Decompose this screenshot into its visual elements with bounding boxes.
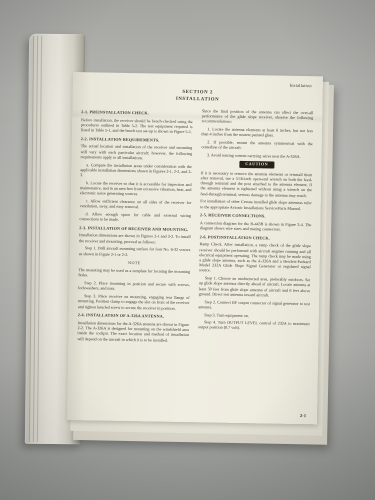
note-label: NOTE: [79, 259, 191, 266]
paragraph: c. Allow sufficient clearance on all sid…: [80, 198, 192, 210]
paragraph: If it is necessary to remove the antenna…: [200, 170, 312, 198]
paragraph: The actual location and installation of …: [80, 144, 192, 162]
photo-of-manual-page: Installation SECTION 2 INSTALLATION 2-1.…: [0, 0, 375, 500]
paragraph: Ramp Check. After installation, a ramp c…: [199, 242, 311, 275]
paragraph: Step 1. Choose an unobstructed area, pre…: [199, 275, 311, 298]
paragraph: The mounting may be used as a template f…: [78, 267, 190, 279]
paragraph: Installation dimensions are shown in Fig…: [79, 233, 191, 245]
paragraph: A connection diagram for the R-443B is s…: [200, 220, 312, 232]
section-heading: 2-1. PREINSTALLATION CHECK.: [81, 109, 193, 116]
page-edge: [37, 36, 42, 442]
paragraph: Step 1. Drill aircraft mounting surface …: [79, 245, 191, 257]
paragraph: b. Locate the receiver so that it is acc…: [80, 180, 192, 198]
page-number: 2-1: [300, 413, 306, 418]
paragraph: Step 4. Turn OUTPUT LEVEL control of 232…: [198, 320, 310, 332]
paragraph: Before installation, the receiver should…: [81, 117, 193, 135]
running-header: Installation: [82, 79, 312, 88]
paragraph: Step 3. Place receiver on mounting, enga…: [78, 293, 190, 311]
paragraph: Since the final position of the antenna …: [202, 108, 314, 126]
section-heading: 2-5. RECEIVER CONNECTIONS.: [200, 212, 312, 219]
two-column-text: 2-1. PREINSTALLATION CHECK.Before instal…: [77, 106, 313, 348]
paragraph: 2. If possible, mount the antenna symmet…: [201, 139, 313, 151]
section-heading: 2-4. INSTALLATION OF A-326A ANTENNA.: [78, 312, 190, 319]
paragraph: d. Allow enough space for cable and exte…: [79, 211, 191, 223]
paragraph: 1. Locate the antenna elements at least …: [201, 126, 313, 138]
paragraph: Step 2. Connect RF output connector of s…: [198, 299, 310, 311]
paragraph: For installation of other Cessna install…: [200, 199, 312, 211]
section-heading: 2-6. POSTINSTALLATION CHECK.: [200, 234, 312, 241]
manual-page: Installation SECTION 2 INSTALLATION 2-1.…: [67, 72, 323, 424]
caution-label: CAUTION: [239, 161, 274, 168]
paragraph: 3. Avoid routing current-carrying wires …: [201, 152, 313, 159]
section-heading: 2-3. INSTALLATION OF RECEIVER AND MOUNTI…: [79, 225, 191, 232]
right-column: Since the final position of the antenna …: [198, 108, 314, 348]
paragraph: Step 2. Place mounting in position and s…: [78, 280, 190, 292]
section-heading: 2-2. INSTALLATION REQUIREMENTS.: [81, 136, 193, 143]
paragraph: a. Compare the installation areas under …: [80, 162, 192, 180]
paragraph: Installation dimensions for the A-326A a…: [77, 320, 189, 343]
left-column: 2-1. PREINSTALLATION CHECK.Before instal…: [77, 106, 193, 346]
paragraph: Step 3. Turn equipment on.: [198, 312, 310, 319]
